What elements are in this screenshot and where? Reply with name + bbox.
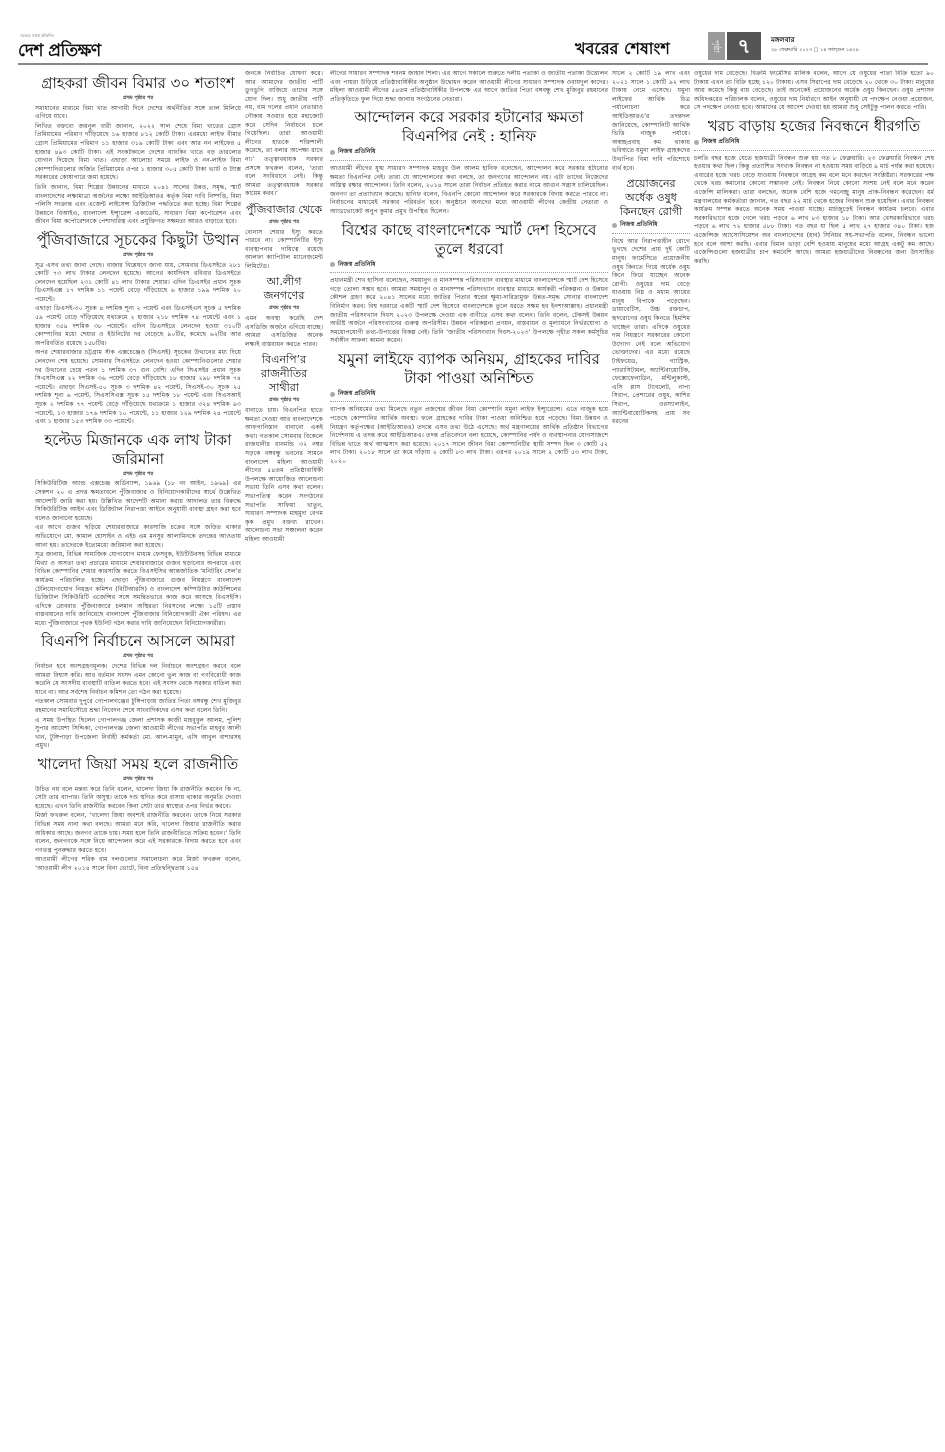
byline: নিজস্ব প্রতিনিধি <box>330 261 608 270</box>
bullet-icon <box>330 150 335 155</box>
article-insurance: গ্রাহকরা জীবন বিমার ৩০ শতাংশ প্রথম পৃষ্ঠ… <box>35 74 241 227</box>
paragraph: সূত্র জানায়, বিভিন্ন সামাজিক যোগাযোগ মা… <box>35 551 241 628</box>
page-number: ৭ <box>727 32 761 60</box>
column-1: গ্রাহকরা জীবন বিমার ৩০ শতাংশ প্রথম পৃষ্ঠ… <box>35 70 241 1402</box>
paragraph: এর আগে গুজব ছড়িয়ে শেয়ারবাজারে কারসাজি… <box>35 524 241 550</box>
dotted-divider <box>330 160 608 161</box>
paragraph: তিনি জানান, বিমা শিল্পের উন্নয়নের মাধ্য… <box>35 184 241 227</box>
bullet-icon <box>694 140 699 145</box>
issue-date: ২৮ ফেব্রুয়ারি ২০২৩ □ ১৪ ফাল্গুন ১৪২৯ <box>771 47 859 55</box>
paragraph: ওষুধের দাম বেড়েছে। বিক্রমি ফার্মেসির মা… <box>694 70 934 113</box>
page-label: পৃষ্ঠা <box>708 32 725 60</box>
paragraph: এছাড়া ডিএসই-৩০ সূচক ৪ দশমিক শূন্য ২ পয়… <box>35 305 241 348</box>
column-4: সালে ২ কোটি ১৯ লাখ এবং ২০২১ সালে ১ কোটি … <box>612 70 690 1402</box>
section-title: খবরের শেষাংশ <box>575 36 670 63</box>
paragraph: বোনাস শেয়ার ইস্যু করতে পারবে না। কোম্পা… <box>245 229 323 272</box>
paragraph: সমাধানের মাধ্যমে বিমা খাত আগামী দিনে দেশ… <box>35 105 241 122</box>
continuation-label: প্রথম পৃষ্ঠার পর <box>35 94 241 103</box>
headline: বিশ্বের কাছে বাংলাদেশকে স্মার্ট দেশ হিসে… <box>330 221 608 259</box>
paragraph: এমন অবস্থা করেছি দেশ এসডিজি অর্জনে এগিয়… <box>245 315 323 349</box>
byline: নিজস্ব প্রতিনিধি <box>694 138 934 147</box>
paragraph: লীগের সাধারণ সম্পাদক শবনম জাহান শিলা। এর… <box>330 70 608 104</box>
headline: খালেদা জিয়া সময় হলে রাজনীতি <box>35 755 241 774</box>
paragraph: মির্জা ফখরুল বলেন, ‘খালেদা জিয়া অবশ্যই … <box>35 812 241 855</box>
column-2: জনকে নির্বাচিত ঘোষণা করে। আর আমাদের জাতী… <box>245 70 323 1402</box>
headline: আন্দোলন করে সরকার হটানোর ক্ষমতা বিএনপির … <box>330 108 608 146</box>
paragraph: সালে ২ কোটি ১৯ লাখ এবং ২০২১ সালে ১ কোটি … <box>612 70 690 173</box>
column-3: লীগের সাধারণ সম্পাদক শবনম জাহান শিলা। এর… <box>330 70 608 1402</box>
bullet-icon <box>330 262 335 267</box>
dotted-divider <box>330 272 608 273</box>
headline: যমুনা লাইফে ব্যাপক অনিয়ম, গ্রাহকের দাবি… <box>330 350 608 388</box>
byline-text: নিজস্ব প্রতিনিধি <box>338 261 375 270</box>
article-awami-league: আ.লীগ জনগণের প্রথম পৃষ্ঠার পর এমন অবস্থা… <box>245 275 323 349</box>
paragraph: গতকাল সোমবার দুপুরে গোপালগঞ্জের টুঙ্গিপা… <box>35 698 241 715</box>
continuation-label: প্রথম পৃষ্ঠার পর <box>35 251 241 260</box>
article-khaleda: খালেদা জিয়া সময় হলে রাজনীতি প্রথম পৃষ্… <box>35 755 241 874</box>
byline: নিজস্ব প্রতিনিধি <box>612 221 690 230</box>
byline-text: নিজস্ব প্রতিনিধি <box>620 221 657 230</box>
dotted-divider <box>612 233 690 234</box>
dotted-divider <box>694 150 934 151</box>
newspaper-logo: দেশ প্রতিক্ষণ <box>18 38 101 66</box>
headline: পুঁজিবাজার থেকে <box>245 203 323 217</box>
headline: গ্রাহকরা জীবন বিমার ৩০ শতাংশ <box>35 74 241 93</box>
paragraph: চলতি বছর হজে যেতে হজযাত্রী নিবন্ধন শুরু … <box>694 155 934 267</box>
article-hanif: আন্দোলন করে সরকার হটানোর ক্ষমতা বিএনপির … <box>330 108 608 216</box>
headline: বিএনপি নির্বাচনে আসলে আমরা <box>35 632 241 651</box>
article-medicine: প্রয়োজনের অর্ধেক ওষুধ কিনছেন রোগী নিজস্… <box>612 177 690 427</box>
continuation-label: প্রথম পৃষ্ঠার পর <box>35 775 241 784</box>
headline: খরচ বাড়ায় হজের নিবন্ধনে ধীরগতি <box>694 117 934 136</box>
column-5: ওষুধের দাম বেড়েছে। বিক্রমি ফার্মেসির মা… <box>694 70 934 1402</box>
continuation-label: প্রথম পৃষ্ঠার পর <box>245 396 323 405</box>
paragraph: এ সময় উপস্থিত ছিলেন গোপালগঞ্জ জেলা প্রশ… <box>35 717 241 751</box>
headline: আ.লীগ জনগণের <box>245 275 323 303</box>
paragraph: অপর শেয়ারবাজার চট্টগ্রাম স্টক এক্সচেঞ্জ… <box>35 349 241 426</box>
paragraph: জনকে নির্বাচিত ঘোষণা করে। আর আমাদের জাতী… <box>245 70 323 199</box>
paragraph: বানাতে চায়। বিএনপির হাতে ক্ষমতা দেওয়া … <box>245 407 323 545</box>
continuation-label: প্রথম পৃষ্ঠার পর <box>35 652 241 661</box>
article-jamuna-life: যমুনা লাইফে ব্যাপক অনিয়ম, গ্রাহকের দাবি… <box>330 350 608 467</box>
byline-text: নিজস্ব প্রতিনিধি <box>338 148 375 157</box>
headline: বিএনপি’র রাজনীতির সাথীরা <box>245 353 323 395</box>
paragraph: আওয়ামী লীগের শরিক বাম দলগুলোর সমালোচনা … <box>35 856 241 873</box>
article-stock-continued: পুঁজিবাজার থেকে প্রথম পৃষ্ঠার পর বোনাস শ… <box>245 203 323 272</box>
issue-day: মঙ্গলবার <box>771 34 795 46</box>
article-stock-market: পুঁজিবাজারে সূচকের কিছুটা উত্থান প্রথম প… <box>35 231 241 427</box>
headline: প্রয়োজনের অর্ধেক ওষুধ কিনছেন রোগী <box>612 177 690 219</box>
byline-text: নিজস্ব প্রতিনিধি <box>702 138 739 147</box>
paragraph: সূত্র এসব তথ্য জানা গেছে। বাজার বিশ্লেষণ… <box>35 262 241 305</box>
paragraph: সিকিউরিটিজ অ্যান্ড এক্সচেঞ্জ অর্ডিন্যান্… <box>35 480 241 523</box>
paragraph: উচিত নয় বলে মন্তব্য করে তিনি বলেন, খালে… <box>35 786 241 812</box>
paragraph: নির্বাচন হবে অংশগ্রহণমূলক। দেশের বিভিন্ন… <box>35 663 241 697</box>
byline: নিজস্ব প্রতিনিধি <box>330 390 608 399</box>
paragraph: ব্যাপক অনিয়মের তথ্য মিলেছে নতুন প্রজন্ম… <box>330 406 608 466</box>
headline: হল্টেড মিজানকে এক লাখ টাকা জরিমানা <box>35 431 241 469</box>
headline: পুঁজিবাজারে সূচকের কিছুটা উত্থান <box>35 231 241 250</box>
continuation-label: প্রথম পৃষ্ঠার পর <box>245 304 323 313</box>
article-hajj: খরচ বাড়ায় হজের নিবন্ধনে ধীরগতি নিজস্ব … <box>694 117 934 266</box>
paragraph: বিশ্বে আর নিরাপত্তাহীন রোগে ভুগছে দেশের … <box>612 238 690 427</box>
article-fine: হল্টেড মিজানকে এক লাখ টাকা জরিমানা প্রথম… <box>35 431 241 629</box>
dotted-divider <box>330 401 608 402</box>
byline: নিজস্ব প্রতিনিধি <box>330 148 608 157</box>
masthead: সত্যের সাথে প্রতিদিন দেশ প্রতিক্ষণ খবরের… <box>0 0 945 60</box>
masthead-divider <box>18 63 928 65</box>
paragraph: আওয়ামী লীগের যুগ্ম সাধারণ সম্পাদক মাহবু… <box>330 165 608 217</box>
continuation-label: প্রথম পৃষ্ঠার পর <box>245 218 323 227</box>
bullet-icon <box>330 392 335 397</box>
paragraph: প্রধানমন্ত্রী শেখ হাসিনা বলেছেন, সময়ানু… <box>330 277 608 346</box>
byline-text: নিজস্ব প্রতিনিধি <box>338 390 375 399</box>
article-smart-bangladesh: বিশ্বের কাছে বাংলাদেশকে স্মার্ট দেশ হিসে… <box>330 221 608 346</box>
article-bnp-politics: বিএনপি’র রাজনীতির সাথীরা প্রথম পৃষ্ঠার প… <box>245 353 323 544</box>
bullet-icon <box>612 223 617 228</box>
continuation-label: প্রথম পৃষ্ঠার পর <box>35 470 241 479</box>
article-bnp-election: বিএনপি নির্বাচনে আসলে আমরা প্রথম পৃষ্ঠার… <box>35 632 241 751</box>
paragraph: লিখিত বক্তব্যে জয়নুল বারী জানান, ২০২২ স… <box>35 123 241 183</box>
